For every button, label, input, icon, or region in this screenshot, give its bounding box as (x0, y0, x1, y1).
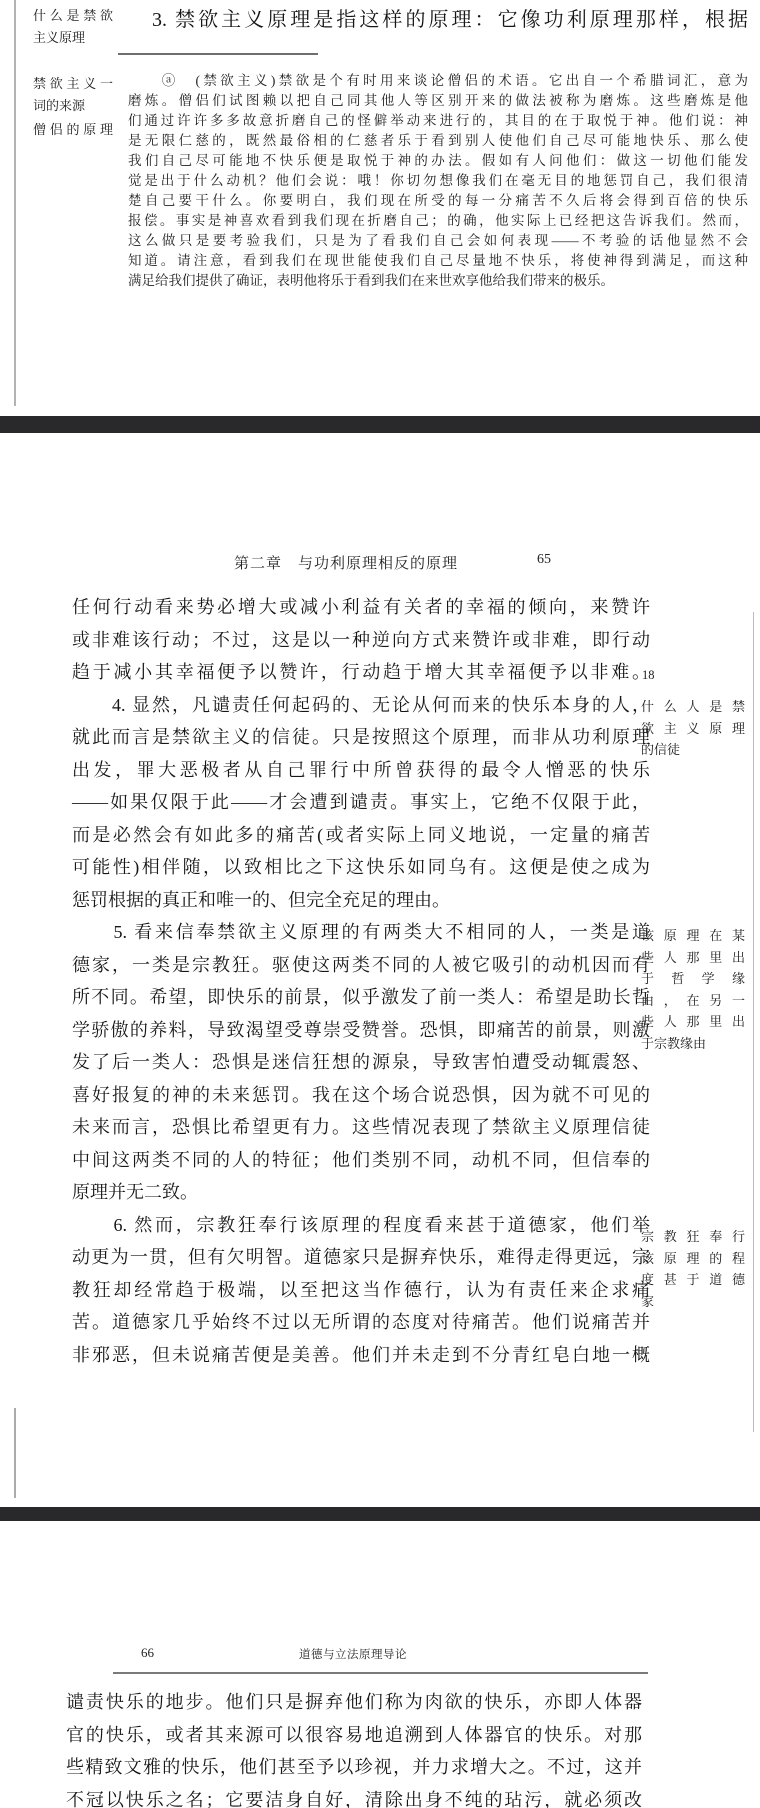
margin-note-line: 些人那里出 (641, 947, 745, 969)
margin-note-line: 禁欲主义一 (33, 73, 113, 95)
margin-note-line: 欲主义原理 (641, 718, 745, 740)
margin-note-line: 什么人是禁 (641, 696, 745, 718)
page-edge-line (14, 0, 16, 406)
footnote-line: 满足给我们提供了确证，表明他将乐于看到我们在来世欢享他给我们带来的极乐。 (128, 271, 748, 291)
margin-note-line: 主义原理 (33, 27, 113, 49)
footnote-line: 是无限仁慈的，既然最俗相的仁慈者乐于看到别人使他们自己尽可能地快乐、那么使 (128, 131, 748, 151)
body-text-line: 而是必然会有如此多的痛苦(或者实际上同义地说，一定量的痛苦 (72, 819, 650, 852)
body-text-line: 苦。道德家几乎始终不过以无所谓的态度对待痛苦。他们说痛苦并 (72, 1306, 650, 1339)
body-text-line: 非邪恶，但未说痛苦便是美善。他们并未走到不分青红皂白地一概 (72, 1339, 650, 1372)
body-text-line: 官的快乐，或者其来源可以很容易地追溯到人体器官的快乐。对那 (66, 1719, 642, 1752)
margin-note-line: 词的来源 (33, 95, 113, 117)
footnote-line: 报偿。事实是神喜欢看到我们现在折磨自己；的确，他实际上已经把这告诉我们。然而， (128, 211, 748, 231)
margin-section-number: 18 (642, 668, 655, 683)
footnote-line: 我们自己尽可能地不快乐便是取悦于神的办法。假如有人问他们：做这一切他们能发 (128, 151, 748, 171)
body-text-line: ——如果仅限于此——才会遭到谴责。事实上，它绝不仅限于此， (72, 786, 650, 819)
body-text-line: 6. 然而，宗教狂奉行该原理的程度看来甚于道德家，他们举 (72, 1209, 650, 1242)
footnote-line: 觉是出于什么动机？他们会说：哦！你切勿想像我们在毫无目的地惩罚自己，我们很清 (128, 171, 748, 191)
footnote-line: 磨炼。僧侣们试图赖以把自己同其他人等区别开来的做法被称为磨炼。这些磨炼是他 (128, 91, 748, 111)
margin-note-monks-principle: 僧侣的原理 (33, 119, 113, 141)
body-text-line: 喜好报复的神的未来惩罚。我在这个场合说恐惧，因为就不可见的 (72, 1079, 650, 1112)
footnote-line: 楚自己要干什么。你要明白，我们现在所受的每一分痛苦不久后将会得到百倍的快乐 (128, 191, 748, 211)
body-text-line: 惩罚根据的真正和唯一的、但完全充足的理由。 (72, 884, 650, 917)
page-number-66: 66 (141, 1645, 154, 1661)
body-text-line: 德家，一类是宗教狂。驱使这两类不同的人被它吸引的动机因而有 (72, 949, 650, 982)
body-text-line: 些精致文雅的快乐，他们甚至予以珍视，并力求增大之。不过，这并 (66, 1751, 642, 1784)
footnote-line: 这么做只是要考验我们，只是为了看我们自己会如何表现——不考验的话他显然不会 (128, 231, 748, 251)
body-text-line: 或非难该行动；不过，这是以一种逆向方式来赞许或非难，即行动 (72, 624, 650, 657)
margin-note-line: 家 (641, 1291, 745, 1313)
body-text-line: 发了后一类人：恐惧是迷信狂想的源泉，导致害怕遭受动辄震怒、 (72, 1046, 650, 1079)
margin-note-word-origin: 禁欲主义一词的来源 (33, 73, 113, 117)
body-text-line: 任何行动看来势必增大或减小利益有关者的幸福的倾向，来赞许 (72, 591, 650, 624)
paragraph-3-heading: 3. 禁欲主义原理是指这样的原理：它像功利原理那样，根据 (152, 7, 748, 33)
margin-note-philosophic-religious-origin: 该原理在某些人那里出于哲学缘由，在另一些人那里出于宗教缘由 (641, 925, 745, 1054)
page-2-body-text: 任何行动看来势必增大或减小利益有关者的幸福的倾向，来赞许或非难该行动；不过，这是… (72, 591, 650, 1371)
body-text-line: 5. 看来信奉禁欲主义原理的有两类大不相同的人，一类是道 (72, 916, 650, 949)
margin-note-line: 什么是禁欲 (33, 5, 113, 27)
body-text-line: 出发，罪大恶极者从自己罪行中所曾获得的最令人憎恶的快乐 (72, 754, 650, 787)
body-text-line: 就此而言是禁欲主义的信徒。只是按照这个原理，而非从功利原理 (72, 721, 650, 754)
body-text-line: 不冠以快乐之名；它要洁身自好，清除出身不纯的玷污，就必须改 (66, 1784, 642, 1808)
margin-note-line: 于哲学缘 (641, 968, 745, 990)
footnote-line: ⓐ (禁欲主义)禁欲是个有时用来谈论僧侣的术语。它出自一个希腊词汇，意为 (128, 71, 748, 91)
header-rule (113, 1672, 648, 1674)
body-text-line: 趋于减小其幸福便予以赞许，行动趋于增大其幸福便予以非难。 (72, 656, 650, 689)
margin-note-line: 的信徒 (641, 739, 745, 761)
body-text-line: 所不同。希望，即快乐的前景，似乎激发了前一类人：希望是助长哲 (72, 981, 650, 1014)
page-3-body-text: 谴责快乐的地步。他们只是摒弃他们称为肉欲的快乐，亦即人体器官的快乐，或者其来源可… (66, 1686, 642, 1808)
page-separator-band (0, 416, 760, 433)
margin-note-line: 宗教狂奉行 (641, 1226, 745, 1248)
margin-note-line: 该原理在某 (641, 925, 745, 947)
body-text-line: 原理并无二致。 (72, 1176, 650, 1209)
margin-note-line: 些人那里出 (641, 1011, 745, 1033)
page-edge-line (14, 1408, 16, 1498)
margin-note-who-are-believers: 什么人是禁欲主义原理的信徒 (641, 696, 745, 761)
body-text-line: 学骄傲的养料，导致渴望受尊崇受赞誉。恐惧，即痛苦的前景，则激 (72, 1014, 650, 1047)
body-text-line: 未来而言，恐惧比希望更有力。这些情况表现了禁欲主义原理信徒 (72, 1111, 650, 1144)
body-text-line: 教狂却经常趋于极端，以至把这当作德行，认为有责任来企求痛 (72, 1274, 650, 1307)
margin-note-line: 于宗教缘由 (641, 1033, 745, 1055)
margin-note-line: 度甚于道德 (641, 1269, 745, 1291)
book-title-running-header: 道德与立法原理导论 (299, 1646, 407, 1662)
page-separator-band (0, 1507, 760, 1521)
margin-note-line: 该原理的程 (641, 1248, 745, 1270)
footnote-a-block: ⓐ (禁欲主义)禁欲是个有时用来谈论僧侣的术语。它出自一个希腊词汇，意为磨炼。僧… (128, 71, 748, 291)
body-text-line: 中间这两类不同的人的特征；他们类别不同，动机不同，但信奉的 (72, 1144, 650, 1177)
body-text-line: 4. 显然，凡谴责任何起码的、无论从何而来的快乐本身的人， (72, 689, 650, 722)
chapter-running-header: 第二章 与功利原理相反的原理 (234, 552, 458, 573)
body-text-line: 谴责快乐的地步。他们只是摒弃他们称为肉欲的快乐，亦即人体器 (66, 1686, 642, 1719)
margin-note-line: 由，在另一 (641, 990, 745, 1012)
margin-note-line: 僧侣的原理 (33, 119, 113, 141)
footnote-separator-rule (118, 53, 318, 55)
body-text-line: 可能性)相伴随，以致相比之下这快乐如同乌有。这便是使之成为 (72, 851, 650, 884)
page-edge-line (753, 612, 754, 1432)
footnote-line: 知道。请注意，看到我们在现世能使我们自己尽量地不快乐，将使神得到满足，而这种 (128, 251, 748, 271)
margin-note-what-is-asceticism: 什么是禁欲主义原理 (33, 5, 113, 49)
body-text-line: 动更为一贯，但有欠明智。道德家只是摒弃快乐，难得走得更远，宗 (72, 1241, 650, 1274)
page-number-65: 65 (537, 552, 551, 568)
scanned-book-view: 什么是禁欲主义原理 禁欲主义一词的来源 僧侣的原理 3. 禁欲主义原理是指这样的… (0, 0, 760, 1808)
margin-note-religionists-further: 宗教狂奉行该原理的程度甚于道德家 (641, 1226, 745, 1312)
footnote-line: 们通过许许多多故意折磨自己的怪僻举动来进行的，其目的在于取悦于神。他们说：神 (128, 111, 748, 131)
